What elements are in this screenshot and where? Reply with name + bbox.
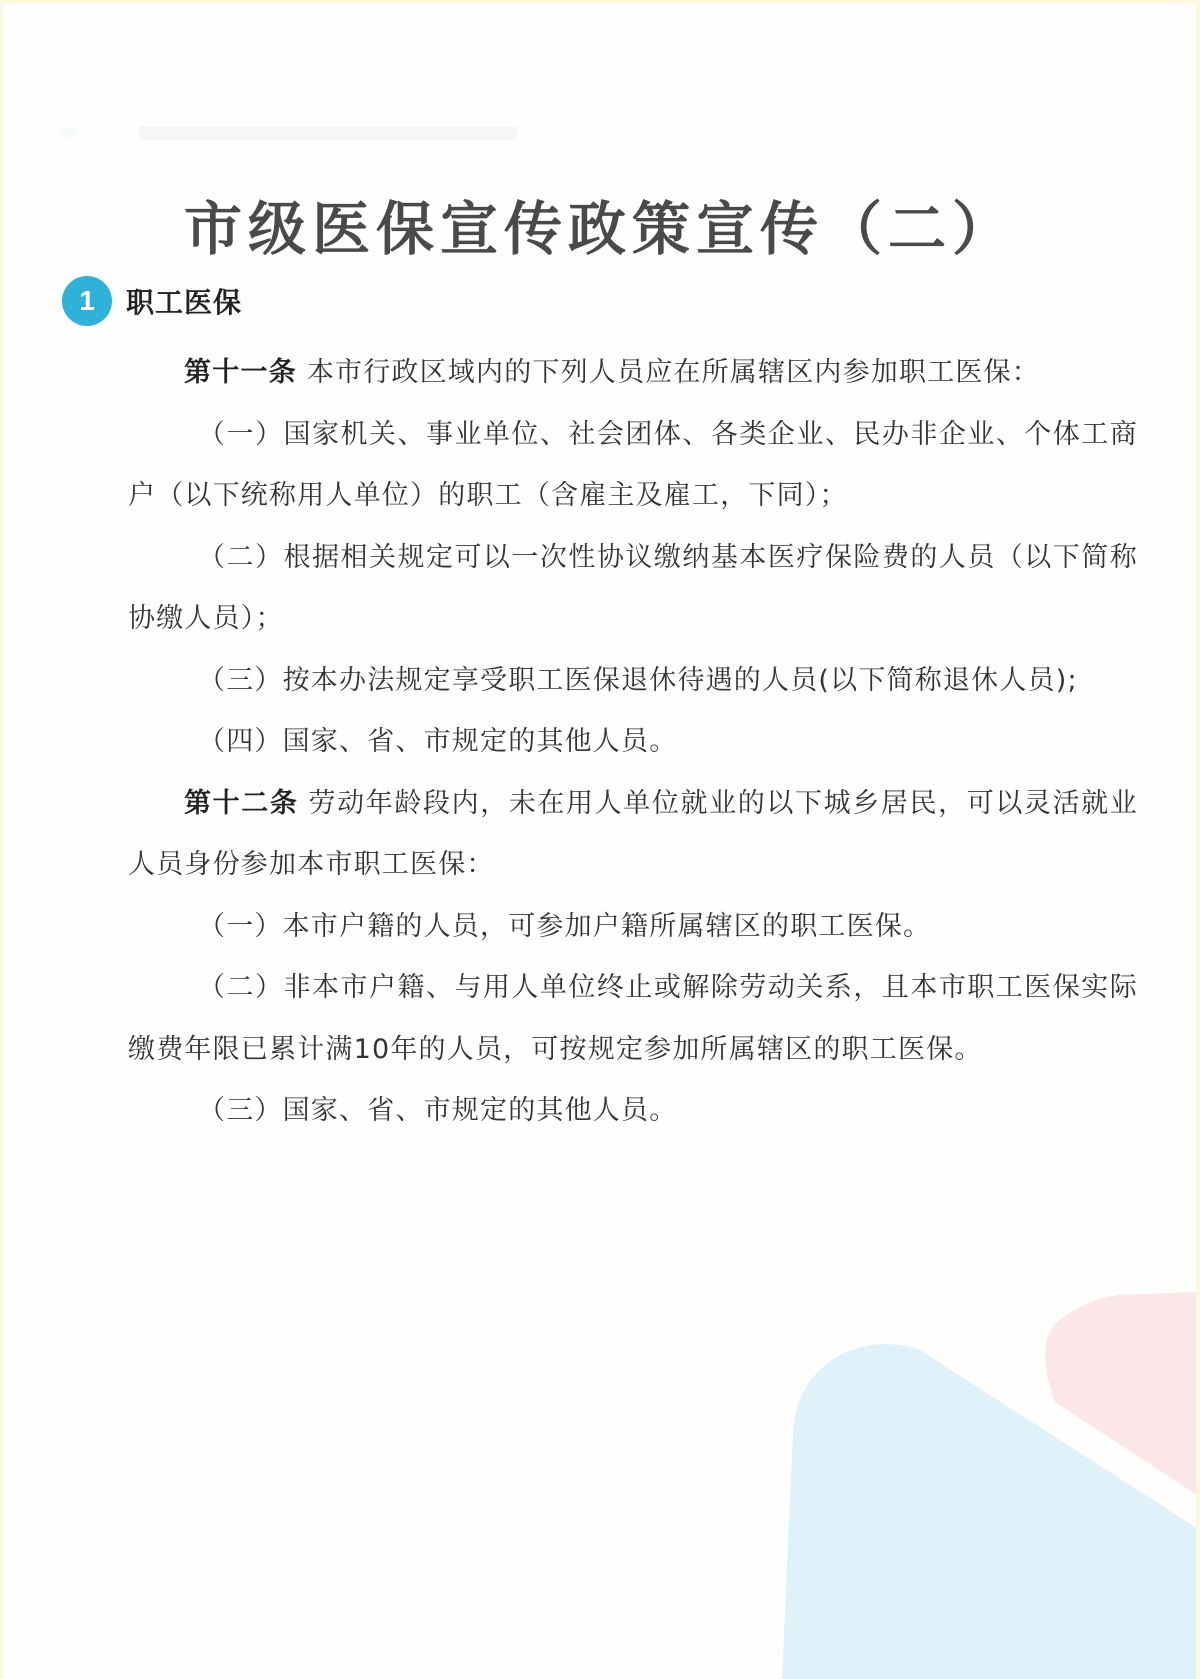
article-12-item-2: （二）非本市户籍、与用人单位终止或解除劳动关系，且本市职工医保实际缴费年限已累计… — [128, 957, 1138, 1080]
section-header: 1 职工医保 — [62, 276, 242, 326]
section-title: 职工医保 — [126, 281, 242, 321]
article-number: 第十二条 — [184, 788, 298, 819]
article-11-heading: 第十一条本市行政区域内的下列人员应在所属辖区内参加职工医保： — [128, 342, 1138, 404]
article-12-item-3: （三）国家、省、市规定的其他人员。 — [128, 1080, 1138, 1142]
section-number-badge: 1 — [62, 276, 112, 326]
article-number: 第十一条 — [184, 357, 297, 388]
article-11-item-2: （二）根据相关规定可以一次性协议缴纳基本医疗保险费的人员（以下简称协缴人员）； — [128, 527, 1138, 650]
page-title: 市级医保宣传政策宣传（二） — [0, 182, 1200, 266]
article-12-heading: 第十二条劳动年龄段内，未在用人单位就业的以下城乡居民，可以灵活就业人员身份参加本… — [128, 773, 1138, 896]
document-body: 第十一条本市行政区域内的下列人员应在所属辖区内参加职工医保： （一）国家机关、事… — [128, 342, 1138, 1142]
article-text: 本市行政区域内的下列人员应在所属辖区内参加职工医保： — [307, 357, 1040, 388]
article-11-item-1: （一）国家机关、事业单位、社会团体、各类企业、民办非企业、个体工商户（以下统称用… — [128, 404, 1138, 527]
article-12-item-1: （一）本市户籍的人员，可参加户籍所属辖区的职工医保。 — [128, 896, 1138, 958]
article-11-item-4: （四）国家、省、市规定的其他人员。 — [128, 711, 1138, 773]
article-11-item-3: （三）按本办法规定享受职工医保退休待遇的人员(以下简称退休人员); — [128, 650, 1138, 712]
